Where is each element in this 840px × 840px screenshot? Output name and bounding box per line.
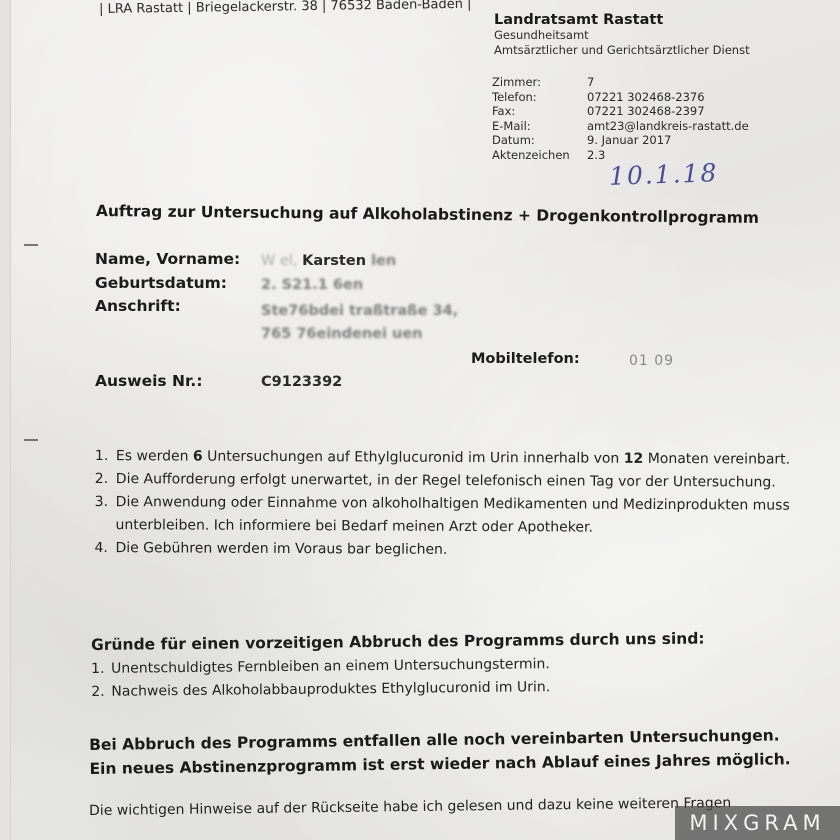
name-redacted-suffix: len	[366, 253, 396, 269]
contact-row-room: Zimmer: 7	[492, 75, 749, 90]
agency-service: Amtsärztlicher und Gerichtsärztlicher Di…	[494, 43, 814, 58]
reason-number: 1.	[91, 658, 111, 681]
contact-info: Zimmer: 7 Telefon: 07221 302468-2376 Fax…	[492, 75, 749, 162]
address-line-2: 765 76eindenei uen	[261, 326, 423, 342]
condition-item: 3. Die Anwendung oder Einnahme von alkoh…	[95, 491, 795, 541]
handwritten-date: 10.1.18	[609, 158, 719, 191]
contact-label: Zimmer:	[492, 75, 587, 90]
contact-value: 9. Januar 2017	[587, 133, 671, 148]
agency-title: Landratsamt Rastatt	[494, 12, 814, 28]
condition-text: Die Gebühren werden im Voraus bar beglic…	[115, 537, 794, 564]
reason-number: 2.	[91, 681, 111, 704]
name-visible-part: Karsten	[302, 253, 366, 269]
contact-label: E-Mail:	[492, 119, 587, 134]
contact-row-phone: Telefon: 07221 302468-2376	[492, 90, 749, 105]
acknowledgement-text: Die wichtigen Hinweise auf der Rückseite…	[89, 795, 731, 819]
document-page: | LRA Rastatt | Briegelackerstr. 38 | 76…	[10, 0, 840, 840]
termination-warning: Bei Abbruch des Programms entfallen alle…	[89, 723, 791, 781]
contact-row-date: Datum: 9. Januar 2017	[492, 133, 749, 148]
condition-text: Die Anwendung oder Einnahme von alkoholh…	[116, 491, 795, 541]
sender-address-line: | LRA Rastatt | Briegelackerstr. 38 | 76…	[99, 0, 472, 17]
condition-number: 2.	[95, 468, 116, 491]
fold-mark	[24, 244, 38, 246]
mobile-value: 01 09	[629, 353, 674, 369]
address-line-1: Ste76bdei traßtraße 34,	[261, 303, 458, 319]
reason-item: 2. Nachweis des Alkoholabbauproduktes Et…	[91, 676, 550, 704]
contact-label: Datum:	[492, 133, 587, 148]
conditions-list: 1. Es werden 6 Untersuchungen auf Ethylg…	[94, 445, 795, 564]
termination-reasons-title: Gründe für einen vorzeitigen Abbruch des…	[91, 630, 705, 654]
document-title: Auftrag zur Untersuchung auf Alkoholabst…	[96, 202, 759, 227]
contact-value: amt23@landkreis-rastatt.de	[587, 119, 749, 134]
contact-label: Telefon:	[492, 90, 587, 105]
contact-row-email: E-Mail: amt23@landkreis-rastatt.de	[492, 119, 749, 134]
contact-label: Aktenzeichen	[492, 148, 587, 163]
condition-number: 4.	[94, 537, 115, 560]
condition-item: 4. Die Gebühren werden im Voraus bar beg…	[94, 537, 794, 564]
agency-header: Landratsamt Rastatt Gesundheitsamt Amtsä…	[494, 12, 814, 58]
mobile-label: Mobiltelefon:	[471, 351, 580, 367]
birthdate-value: 2. S21.1 6en	[261, 277, 363, 293]
contact-value: 7	[587, 75, 594, 90]
id-number-label: Ausweis Nr.:	[95, 372, 203, 390]
id-number-value: C9123392	[261, 374, 342, 390]
contact-label: Fax:	[492, 104, 587, 119]
termination-reasons-list: 1. Unentschuldigtes Fernbleiben an einem…	[91, 653, 550, 704]
agency-department: Gesundheitsamt	[494, 28, 814, 43]
address-label: Anschrift:	[95, 297, 181, 315]
condition-number: 1.	[95, 445, 116, 468]
contact-value: 2.3	[587, 148, 605, 163]
birthdate-label: Geburtsdatum:	[95, 274, 227, 292]
mixgram-watermark: MIXGRAM	[675, 806, 840, 840]
contact-row-fax: Fax: 07221 302468-2397	[492, 104, 749, 119]
contact-value: 07221 302468-2376	[587, 90, 705, 105]
punch-mark	[24, 439, 38, 441]
reason-text: Nachweis des Alkoholabbauproduktes Ethyl…	[111, 676, 550, 704]
name-redacted-part: W el,	[261, 253, 302, 269]
contact-value: 07221 302468-2397	[587, 104, 705, 119]
name-label: Name, Vorname:	[95, 250, 240, 268]
condition-number: 3.	[95, 491, 116, 537]
name-value: W el, Karsten len	[261, 253, 396, 269]
